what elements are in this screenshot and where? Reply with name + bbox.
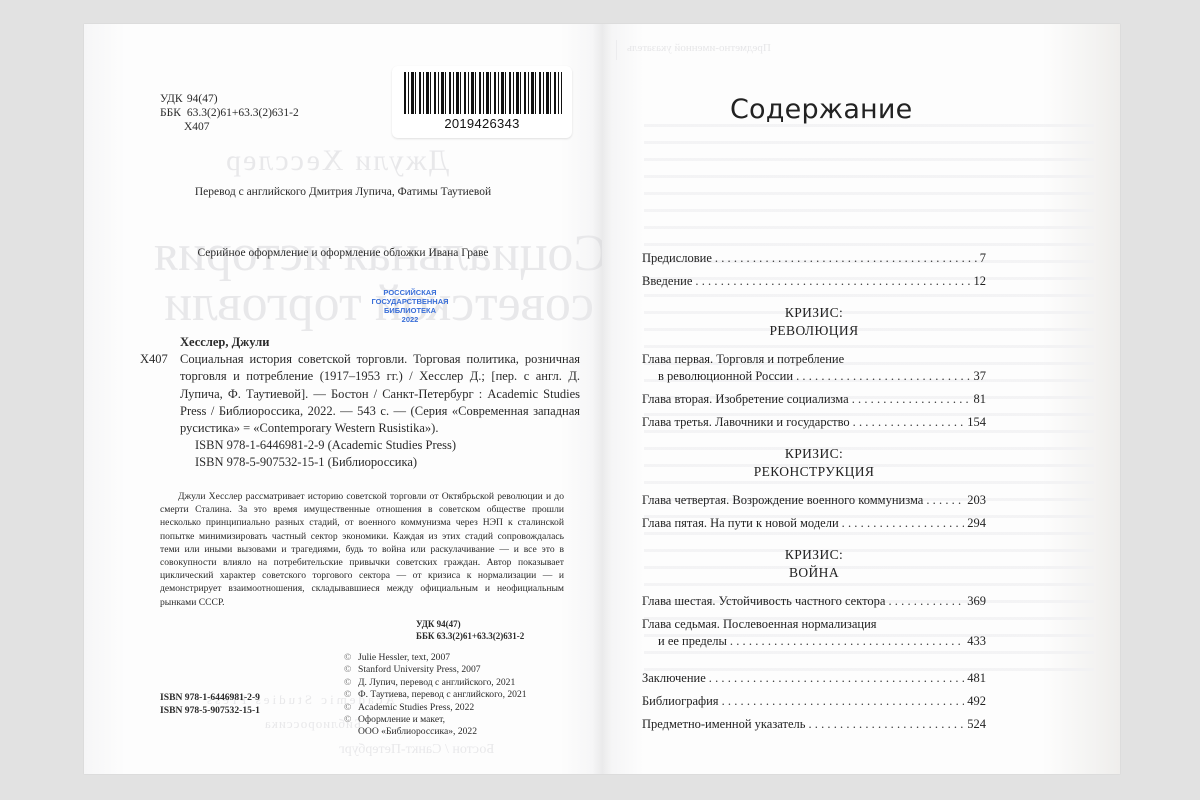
toc-page-number: 369 [967,593,986,610]
copyright-text: Julie Hessler, text, 2007 [358,652,450,664]
table-of-contents: Предисловие7Введение12КРИЗИС:РЕВОЛЮЦИЯГл… [642,250,986,739]
toc-entry[interactable]: Введение12 [642,273,986,290]
copyright-text: Оформление и макет, [358,714,445,726]
isbn-line: ISBN 978-5-907532-15-1 [160,705,260,718]
classification-bottom: УДК 94(47) ББК 63.3(2)61+63.3(2)631-2 [416,618,524,642]
toc-entry-title: Глава третья. Лавочники и государство [642,414,850,431]
library-barcode-sticker: 2019426343 [392,66,572,138]
toc-entry[interactable]: Глава четвертая. Возрождение военного ко… [642,492,986,509]
toc-entry-line: Библиография492 [642,693,986,710]
toc-entry[interactable]: Предметно-именной указатель524 [642,716,986,733]
isbn-line: ISBN 978-1-6446981-2-9 [160,692,260,705]
dot-leader [709,670,965,687]
bbk-label: ББК [160,106,184,120]
copyright-line: ©Д. Лупич, перевод с английского, 2021 [344,677,527,689]
isbn-list: ISBN 978-1-6446981-2-9 ISBN 978-5-907532… [160,692,260,717]
toc-page-number: 524 [967,716,986,733]
copyright-text: ООО «Библиороссика», 2022 [358,726,477,738]
toc-entry-title: и ее пределы [658,633,727,650]
toc-entry-title: Предисловие [642,250,712,267]
toc-entry[interactable]: Заключение481 [642,670,986,687]
record-author: Хесслер, Джули [140,334,580,351]
classification-block: УДК 94(47) ББК 63.3(2)61+63.3(2)631-2 Х4… [160,92,299,134]
toc-page-number: 37 [974,368,987,385]
toc-entry[interactable]: Глава шестая. Устойчивость частного сект… [642,593,986,610]
toc-entry[interactable]: Предисловие7 [642,250,986,267]
dot-leader [852,391,971,408]
toc-entry-line: и ее пределы433 [642,633,986,650]
translation-credit: Перевод с английского Дмитрия Лупича, Фа… [84,186,602,198]
copyright-icon: © [344,714,358,726]
part-heading-line: КРИЗИС: [642,304,986,322]
toc-entry-title: Введение [642,273,692,290]
toc-entry-line: Заключение481 [642,670,986,687]
toc-entry-line: Глава вторая. Изобретение социализма81 [642,391,986,408]
dot-leader [842,515,965,532]
dot-leader [796,368,970,385]
copyright-line: ©Оформление и макет, [344,714,527,726]
toc-entry-line: Глава шестая. Устойчивость частного сект… [642,593,986,610]
copyright-icon: © [344,664,358,676]
toc-part-heading: КРИЗИС:РЕВОЛЮЦИЯ [642,304,986,339]
page-title: Содержание [730,94,912,125]
stamp-line: РОССИЙСКАЯ [360,288,460,297]
stamp-line: БИБЛИОТЕКА [360,306,460,315]
copyright-list: ©Julie Hessler, text, 2007©Stanford Univ… [344,652,527,739]
toc-entry-title: Предметно-именной указатель [642,716,805,733]
toc-entry[interactable]: Глава третья. Лавочники и государство154 [642,414,986,431]
copyright-line: ©Academic Studies Press, 2022 [344,702,527,714]
toc-spacer [642,656,986,670]
toc-entry[interactable]: Глава вторая. Изобретение социализма81 [642,391,986,408]
stamp-line: ГОСУДАРСТВЕННАЯ [360,297,460,306]
toc-entry-line: в революционной России37 [642,368,986,385]
barcode-number: 2019426343 [392,116,572,131]
toc-part-heading: КРИЗИС:ВОЙНА [642,546,986,581]
library-stamp: РОССИЙСКАЯ ГОСУДАРСТВЕННАЯ БИБЛИОТЕКА 20… [360,288,460,324]
copyright-text: Д. Лупич, перевод с английского, 2021 [358,677,515,689]
toc-entry-line: Глава четвертая. Возрождение военного ко… [642,492,986,509]
copyright-text: Ф. Таутиева, перевод с английского, 2021 [358,689,527,701]
toc-entry-line: Предисловие7 [642,250,986,267]
dot-leader [853,414,965,431]
copyright-icon: © [344,677,358,689]
toc-entry-title: Библиография [642,693,719,710]
show-through-text: Джули Хесслер [224,144,449,178]
barcode-icon [404,72,562,114]
toc-entry-title: Глава седьмая. Послевоенная нормализация [642,616,986,633]
bbk-value: 63.3(2)61+63.3(2)631-2 [187,106,299,120]
toc-entry-title: Глава шестая. Устойчивость частного сект… [642,593,885,610]
show-through-header: Предметно-именной указатель [616,40,877,60]
copyright-line: ©Ф. Таутиева, перевод с английского, 202… [344,689,527,701]
book-gutter [592,24,612,774]
part-heading-line: РЕКОНСТРУКЦИЯ [642,463,986,481]
record-description: Социальная история советской торговли. Т… [180,351,580,437]
toc-entry-title: Глава пятая. На пути к новой модели [642,515,839,532]
part-heading-line: ВОЙНА [642,564,986,582]
record-isbn: ISBN 978-5-907532-15-1 (Библиороссика) [140,454,580,471]
book-spread: Джули Хесслер Социальная история советск… [84,24,1120,774]
toc-entry-title: Глава вторая. Изобретение социализма [642,391,849,408]
dot-leader [730,633,964,650]
toc-page-number: 203 [967,492,986,509]
part-heading-line: РЕВОЛЮЦИЯ [642,322,986,340]
copyright-text: Academic Studies Press, 2022 [358,702,474,714]
toc-page-number: 12 [974,273,987,290]
toc-entry-title: Глава первая. Торговля и потребление [642,351,986,368]
toc-entry[interactable]: Глава седьмая. Послевоенная нормализация… [642,616,986,650]
dot-leader [722,693,965,710]
bibliographic-record: Хесслер, Джули Х407 Социальная история с… [140,334,580,472]
bbk-bottom: ББК 63.3(2)61+63.3(2)631-2 [416,630,524,642]
record-isbn: ISBN 978-1-6446981-2-9 (Academic Studies… [140,437,580,454]
book-annotation: Джули Хесслер рассматривает историю сове… [160,490,564,609]
toc-entry[interactable]: Глава первая. Торговля и потреблениев ре… [642,351,986,385]
part-heading-line: КРИЗИС: [642,445,986,463]
dot-leader [926,492,964,509]
dot-leader [695,273,970,290]
copyright-icon: © [344,702,358,714]
toc-page-number: 7 [980,250,986,267]
stamp-line: 2022 [360,315,460,324]
author-sign: Х407 [184,120,210,134]
copyright-text: Stanford University Press, 2007 [358,664,481,676]
copyright-line: ©Stanford University Press, 2007 [344,664,527,676]
toc-entry-line: Глава третья. Лавочники и государство154 [642,414,986,431]
toc-page-number: 81 [974,391,987,408]
show-through-text: Бостон / Санкт-Петербург [339,742,494,758]
copyright-icon: © [344,652,358,664]
record-code: Х407 [140,351,180,437]
dot-leader [808,716,964,733]
imprint-page: Джули Хесслер Социальная история советск… [84,24,602,774]
contents-page: Предметно-именной указатель Содержание П… [602,24,1120,774]
dot-leader [715,250,977,267]
udk-bottom: УДК 94(47) [416,618,524,630]
toc-entry-title: в революционной России [658,368,793,385]
copyright-line: ©Julie Hessler, text, 2007 [344,652,527,664]
toc-entry-line: Глава пятая. На пути к новой модели294 [642,515,986,532]
copyright-icon: © [344,689,358,701]
toc-page-number: 154 [967,414,986,431]
part-heading-line: КРИЗИС: [642,546,986,564]
udk-label: УДК [160,92,184,106]
dot-leader [888,593,964,610]
toc-page-number: 294 [967,515,986,532]
toc-part-heading: КРИЗИС:РЕКОНСТРУКЦИЯ [642,445,986,480]
toc-entry-line: Предметно-именной указатель524 [642,716,986,733]
toc-page-number: 433 [967,633,986,650]
copyright-line: ООО «Библиороссика», 2022 [344,726,527,738]
toc-entry-title: Глава четвертая. Возрождение военного ко… [642,492,923,509]
design-credit: Серийное оформление и оформление обложки… [84,247,602,259]
toc-page-number: 492 [967,693,986,710]
toc-entry[interactable]: Библиография492 [642,693,986,710]
udk-value: 94(47) [187,92,218,106]
toc-page-number: 481 [967,670,986,687]
toc-entry[interactable]: Глава пятая. На пути к новой модели294 [642,515,986,532]
toc-entry-title: Заключение [642,670,706,687]
toc-entry-line: Введение12 [642,273,986,290]
